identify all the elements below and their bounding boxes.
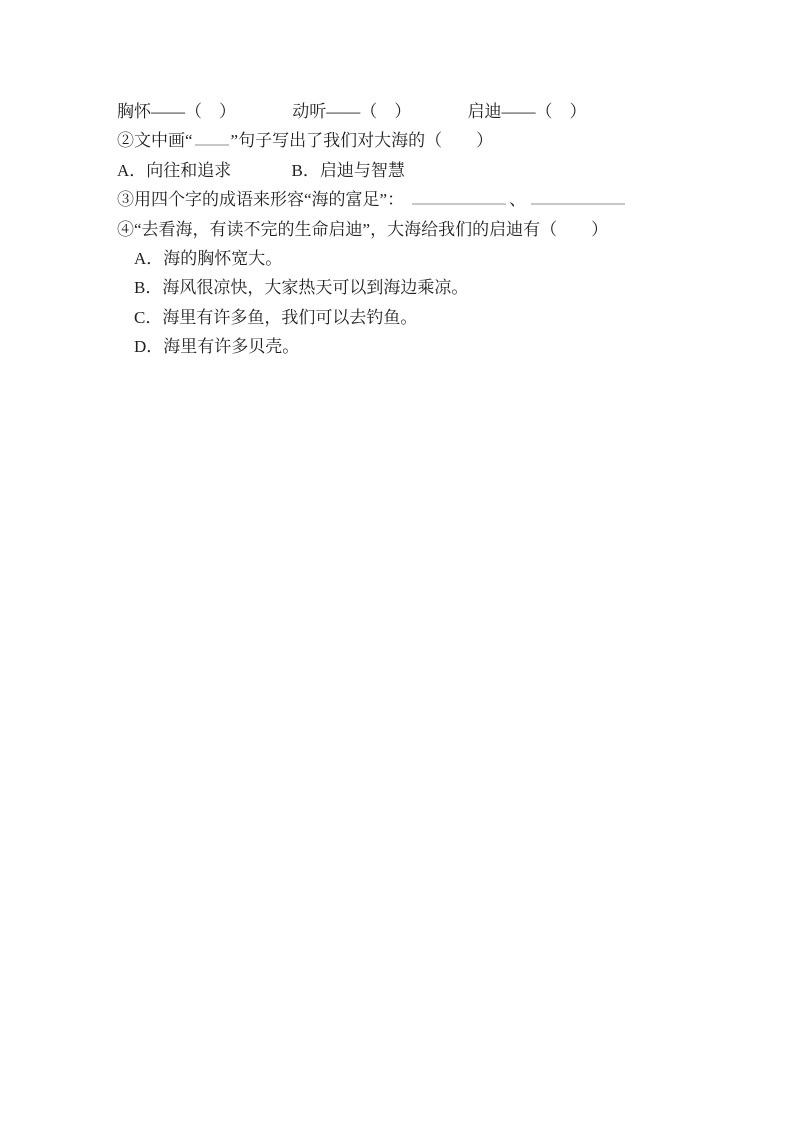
- question-4-option-c: C．海里有许多鱼，我们可以去钓鱼。: [117, 303, 743, 332]
- option-text: C．海里有许多鱼，我们可以去钓鱼。: [134, 308, 417, 327]
- question-2-suffix: ”句子写出了我们对大海的（ ）: [231, 131, 494, 150]
- option-text: D．海里有许多贝壳。: [134, 337, 299, 356]
- synonym-pair-dongting: 动听——（ ）: [292, 102, 411, 121]
- question-4-option-d: D．海里有许多贝壳。: [117, 332, 743, 361]
- question-3: ③用四个字的成语来形容“海的富足”：、: [117, 185, 743, 214]
- question-2: ②文中画“”句子写出了我们对大海的（ ）: [117, 126, 743, 155]
- fill-in-blank: [195, 142, 229, 146]
- synonym-pair-qidi: 启迪——（ ）: [468, 102, 587, 121]
- question-2-prefix: ②文中画“: [117, 131, 193, 150]
- question-2-option-a: A．向往和追求: [117, 161, 231, 180]
- synonym-matching-line: 胸怀——（ ） 动听——（ ） 启迪——（ ）: [117, 97, 743, 126]
- synonym-pair-xionghuai: 胸怀——（ ）: [117, 102, 236, 121]
- worksheet-content: 胸怀——（ ） 动听——（ ） 启迪——（ ） ②文中画“”句子写出了我们对大海…: [117, 97, 743, 362]
- question-2-options: A．向往和追求 B．启迪与智慧: [117, 156, 743, 185]
- option-text: B．海风很凉快，大家热天可以到海边乘凉。: [134, 278, 468, 297]
- question-3-prompt: ③用四个字的成语来形容“海的富足”：: [117, 190, 404, 209]
- question-4-prompt: ④“去看海，有读不完的生命启迪”，大海给我们的启迪有（ ）: [117, 220, 608, 239]
- worksheet-page: 胸怀——（ ） 动听——（ ） 启迪——（ ） ②文中画“”句子写出了我们对大海…: [0, 0, 793, 1122]
- question-4: ④“去看海，有读不完的生命启迪”，大海给我们的启迪有（ ）: [117, 215, 743, 244]
- fill-in-blank: [412, 201, 506, 205]
- question-2-option-b: B．启迪与智慧: [292, 161, 405, 180]
- enumeration-comma: 、: [509, 190, 526, 209]
- fill-in-blank: [531, 201, 625, 205]
- question-4-option-a: A．海的胸怀宽大。: [117, 244, 743, 273]
- option-text: A．海的胸怀宽大。: [134, 249, 282, 268]
- question-4-option-b: B．海风很凉快，大家热天可以到海边乘凉。: [117, 273, 743, 302]
